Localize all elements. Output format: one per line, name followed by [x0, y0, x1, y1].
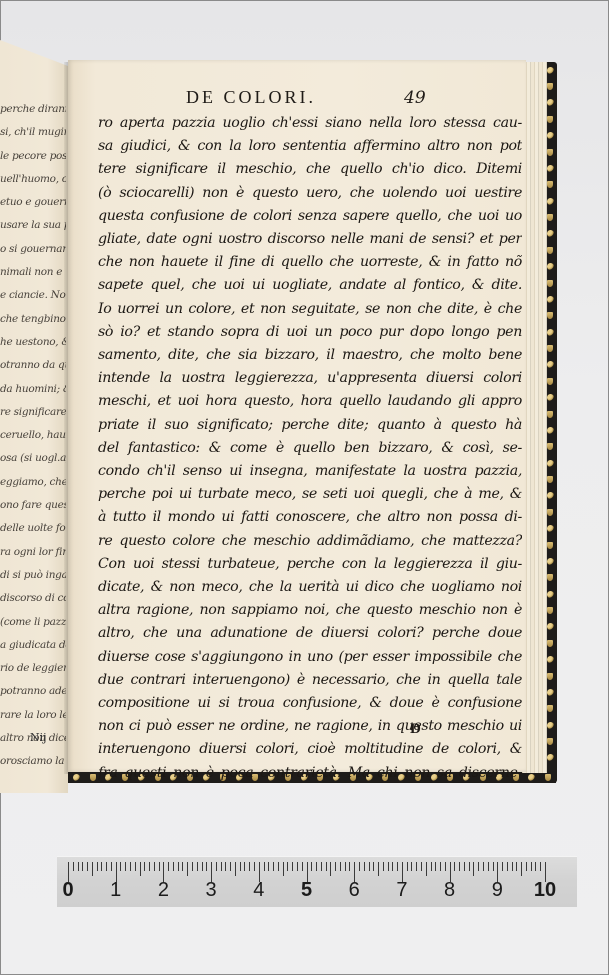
- left-text-line: etuo e gouerna: [0, 191, 66, 214]
- ruler-tick: [230, 862, 231, 871]
- fleuron-ornament-icon: [90, 774, 96, 781]
- ruler-tick: [225, 862, 226, 871]
- trefoil-ornament-icon: [547, 591, 554, 598]
- ruler-tick: [369, 862, 370, 871]
- ruler-tick: [431, 862, 432, 871]
- ruler-tick: [111, 862, 112, 871]
- text-line: altro, che una adunatione de diuersi col…: [98, 622, 522, 645]
- ruler-label: 5: [301, 879, 312, 902]
- ruler-label: 4: [253, 879, 264, 902]
- ruler-tick: [92, 862, 93, 876]
- text-line: non ci può esser ne ordine, ne ragione, …: [98, 715, 522, 738]
- trefoil-ornament-icon: [547, 460, 554, 467]
- fleuron-ornament-icon: [547, 83, 553, 90]
- ruler-tick: [159, 862, 160, 871]
- text-line: meschi, et uoi hora questo, hora quello …: [98, 390, 522, 413]
- ruler-tick: [182, 862, 183, 871]
- ruler-tick: [311, 862, 312, 871]
- ruler-tick: [440, 862, 441, 871]
- trefoil-ornament-icon: [547, 427, 554, 434]
- ruler-label: 9: [492, 879, 503, 902]
- left-text-line: he uestono, &: [0, 331, 66, 354]
- left-text-line: le pecore possa: [0, 145, 66, 168]
- ruler-tick: [445, 862, 446, 871]
- left-text-line: eggiamo, che li: [0, 471, 66, 494]
- text-line: priate il suo significato; perche dite; …: [98, 414, 522, 437]
- ruler-tick: [383, 862, 384, 871]
- fleuron-ornament-icon: [547, 280, 553, 287]
- text-line: Con uoi stessi turbateue, perche con la …: [98, 553, 522, 576]
- ruler-label: 0: [62, 879, 73, 902]
- left-text-line: che tengbino be: [0, 308, 66, 331]
- ruler-tick: [464, 862, 465, 871]
- ruler-label: 6: [349, 879, 360, 902]
- ruler-tick: [316, 862, 317, 871]
- ruler-tick: [168, 862, 169, 871]
- ruler-tick: [206, 862, 207, 871]
- text-line: due contrari interuengono) è necessario,…: [98, 669, 522, 692]
- left-page-signature: Nij: [30, 731, 47, 744]
- ruler-tick: [149, 862, 150, 871]
- trefoil-ornament-icon: [547, 754, 554, 761]
- fleuron-ornament-icon: [547, 607, 553, 614]
- ruler-tick: [416, 862, 417, 871]
- left-text-line: potranno adesso: [0, 680, 66, 703]
- fleuron-ornament-icon: [547, 574, 553, 581]
- left-text-line: si, ch'il mugire: [0, 121, 66, 144]
- ruler-tick: [244, 862, 245, 871]
- ruler-tick: [297, 862, 298, 871]
- ruler-tick: [216, 862, 217, 871]
- fleuron-ornament-icon: [547, 542, 553, 549]
- left-text-line: a giudicata dex: [0, 634, 66, 657]
- ruler-tick: [125, 862, 126, 871]
- left-text-line: uell'huomo, ch'e: [0, 168, 66, 191]
- scale-ruler: 012345678910: [57, 856, 577, 907]
- ruler-tick: [326, 862, 327, 871]
- text-line: sa giudici, & con la loro sententia affe…: [98, 135, 522, 158]
- ruler-tick: [273, 862, 274, 871]
- left-text-line: rio de leggieri: [0, 657, 66, 680]
- ruler-tick: [140, 862, 141, 876]
- trefoil-ornament-icon: [547, 689, 554, 696]
- trefoil-ornament-icon: [547, 722, 554, 729]
- ruler-tick: [531, 862, 532, 871]
- trefoil-ornament-icon: [547, 623, 554, 630]
- left-page: perche dirannsi, ch'il mugirele pecore p…: [0, 38, 68, 793]
- ruler-tick: [335, 862, 336, 871]
- fleuron-ornament-icon: [547, 181, 553, 188]
- fleuron-ornament-icon: [547, 443, 553, 450]
- ruler-tick: [178, 862, 179, 871]
- ruler-tick: [407, 862, 408, 871]
- ruler-tick: [540, 862, 541, 871]
- text-line: condo ch'il senso ui insegna, manifestat…: [98, 460, 522, 483]
- text-line: interuengono diuersi colori, cioè moltit…: [98, 738, 522, 761]
- left-text-line: usare la sua per: [0, 214, 66, 237]
- trefoil-ornament-icon: [547, 99, 554, 106]
- fleuron-ornament-icon: [547, 640, 553, 647]
- ruler-tick: [397, 862, 398, 871]
- text-line: à tutto il mondo ui fatti conoscere, che…: [98, 506, 522, 529]
- ruler-label: 10: [534, 879, 556, 902]
- ruler-label: 7: [396, 879, 407, 902]
- trefoil-ornament-icon: [528, 774, 535, 781]
- text-line: che non hauete il fine di quello che uor…: [98, 251, 522, 274]
- text-line: ro aperta pazzia uoglio ch'essi siano ne…: [98, 112, 522, 135]
- trefoil-ornament-icon: [547, 492, 554, 499]
- ruler-tick: [516, 862, 517, 871]
- ruler-tick: [221, 862, 222, 871]
- trefoil-ornament-icon: [547, 329, 554, 336]
- ruler-tick: [287, 862, 288, 871]
- fleuron-ornament-icon: [547, 312, 553, 319]
- text-line: gliate, date ogni uostro discorso nelle …: [98, 228, 522, 251]
- text-line: perche poi ui turbate meco, se seti uoi …: [98, 483, 522, 506]
- text-line: sò io? et stando sopra di uoi un poco pu…: [98, 321, 522, 344]
- trefoil-ornament-icon: [547, 394, 554, 401]
- fleuron-ornament-icon: [547, 411, 553, 418]
- ruler-tick: [106, 862, 107, 871]
- left-text-line: otranno da quel: [0, 354, 66, 377]
- trefoil-ornament-icon: [547, 296, 554, 303]
- fleuron-ornament-icon: [547, 509, 553, 516]
- left-text-line: ceruello, haure: [0, 424, 66, 447]
- fleuron-ornament-icon: [545, 774, 551, 781]
- ruler-tick: [521, 862, 522, 876]
- trefoil-ornament-icon: [547, 198, 554, 205]
- ruler-tick: [254, 862, 255, 871]
- ruler-tick: [302, 862, 303, 871]
- ruler-tick: [469, 862, 470, 871]
- ruler-tick: [426, 862, 427, 876]
- signature-mark: D: [410, 721, 421, 738]
- ruler-tick: [87, 862, 88, 871]
- fleuron-ornament-icon: [547, 673, 553, 680]
- ruler-tick: [330, 862, 331, 876]
- text-line: questa confusione de colori senza sapere…: [98, 205, 522, 228]
- ruler-tick: [459, 862, 460, 871]
- fleuron-ornament-icon: [547, 476, 553, 483]
- ruler-tick: [154, 862, 155, 871]
- text-line: altra ragione, non sappiamo noi, che que…: [98, 599, 522, 622]
- text-line: fra questi non è poca contrarietà. Ma ch…: [98, 762, 522, 785]
- ruler-tick: [411, 862, 412, 871]
- text-line: (ò sciocarelli) non è questo uero, che u…: [98, 182, 522, 205]
- trefoil-ornament-icon: [547, 230, 554, 237]
- ruler-tick: [120, 862, 121, 871]
- left-text-line: ra ogni lor fine,: [0, 541, 66, 564]
- trefoil-ornament-icon: [547, 67, 554, 74]
- left-text-line: da huomini; &: [0, 378, 66, 401]
- ruler-tick: [278, 862, 279, 871]
- fleuron-ornament-icon: [547, 214, 553, 221]
- left-text-line: di si può ingan: [0, 564, 66, 587]
- trefoil-ornament-icon: [547, 361, 554, 368]
- ruler-tick: [135, 862, 136, 871]
- ruler-label: 3: [206, 879, 217, 902]
- ruler-tick: [264, 862, 265, 871]
- ruler-tick: [454, 862, 455, 871]
- fleuron-ornament-icon: [547, 247, 553, 254]
- left-text-line: (come li pazzi: [0, 611, 66, 634]
- text-line: samento, dite, che sia bizzaro, il maest…: [98, 344, 522, 367]
- ruler-tick: [378, 862, 379, 876]
- left-text-line: perche dirann: [0, 98, 66, 121]
- ruler-label: 2: [158, 879, 169, 902]
- text-line: del fantastico: & come è quello ben bizz…: [98, 437, 522, 460]
- ruler-tick: [526, 862, 527, 871]
- ruler-tick: [268, 862, 269, 871]
- ruler-tick: [507, 862, 508, 871]
- trefoil-ornament-icon: [547, 263, 554, 270]
- ruler-tick: [197, 862, 198, 871]
- left-text-line: delle uolte fon: [0, 517, 66, 540]
- text-line: dicate, & non meco, che la uerità ui dic…: [98, 576, 522, 599]
- running-head: DE COLORI.: [186, 87, 316, 108]
- text-line: re questo colore che meschio addimãdiamo…: [98, 530, 522, 553]
- trefoil-ornament-icon: [547, 132, 554, 139]
- ruler-tick: [388, 862, 389, 871]
- left-text-line: o si gouernano,: [0, 238, 66, 261]
- ruler-tick: [512, 862, 513, 871]
- ruler-label: 8: [444, 879, 455, 902]
- ruler-tick: [435, 862, 436, 871]
- left-text-line: osa (si uogl.a) si: [0, 447, 66, 470]
- ruler-tick: [364, 862, 365, 871]
- ruler-tick: [359, 862, 360, 871]
- ruler-tick: [97, 862, 98, 871]
- ruler-tick: [73, 862, 74, 871]
- fleuron-ornament-icon: [547, 345, 553, 352]
- ruler-tick: [502, 862, 503, 871]
- ruler-tick: [101, 862, 102, 871]
- ruler-tick: [187, 862, 188, 876]
- body-text: ro aperta pazzia uoglio ch'essi siano ne…: [98, 112, 522, 785]
- trefoil-ornament-icon: [547, 165, 554, 172]
- ruler-tick: [173, 862, 174, 871]
- ruler-tick: [340, 862, 341, 871]
- ruler-tick: [488, 862, 489, 871]
- ruler-tick: [493, 862, 494, 871]
- left-text-line: rare la loro legi: [0, 704, 66, 727]
- ruler-tick: [82, 862, 83, 871]
- trefoil-ornament-icon: [547, 656, 554, 663]
- fleuron-ornament-icon: [547, 378, 553, 385]
- text-line: tere significare il meschio, che quello …: [98, 158, 522, 181]
- left-text-line: discorso di con: [0, 587, 66, 610]
- text-line: sapete quel, che uoi ui uogliate, andate…: [98, 274, 522, 297]
- ruler-tick: [321, 862, 322, 871]
- trefoil-ornament-icon: [73, 774, 80, 781]
- left-text-line: nimali non e un: [0, 261, 66, 284]
- ruler-tick: [240, 862, 241, 871]
- left-text-line: orosciamo la lor: [0, 750, 66, 773]
- ruler-label: 1: [110, 879, 121, 902]
- text-line: intende la uostra leggierezza, u'apprese…: [98, 367, 522, 390]
- ruler-tick: [192, 862, 193, 871]
- ruler-tick: [292, 862, 293, 871]
- ruler-tick: [144, 862, 145, 871]
- text-line: compositione ui si troua confusione, & d…: [98, 692, 522, 715]
- ruler-tick: [349, 862, 350, 871]
- ruler-tick: [373, 862, 374, 871]
- ruler-tick: [249, 862, 250, 871]
- ruler-tick: [535, 862, 536, 871]
- page-number: 49: [404, 88, 426, 108]
- ruler-tick: [473, 862, 474, 876]
- left-text-line: e ciancie. Non: [0, 284, 66, 307]
- fleuron-ornament-icon: [547, 738, 553, 745]
- fleuron-ornament-icon: [547, 116, 553, 123]
- ruler-tick: [421, 862, 422, 871]
- ruler-tick: [483, 862, 484, 871]
- text-line: diuerse cose s'aggiungono in uno (per es…: [98, 646, 522, 669]
- ruler-tick: [283, 862, 284, 876]
- left-text-line: ono fare quest: [0, 494, 66, 517]
- fleuron-ornament-icon: [547, 705, 553, 712]
- right-page: DE COLORI. 49 ro aperta pazzia uoglio ch…: [68, 60, 526, 772]
- left-page-text: perche dirannsi, ch'il mugirele pecore p…: [0, 98, 66, 774]
- fleuron-ornament-icon: [547, 149, 553, 156]
- trefoil-ornament-icon: [547, 558, 554, 565]
- ruler-tick: [78, 862, 79, 871]
- ruler-labels: 012345678910: [57, 879, 577, 905]
- ruler-tick: [345, 862, 346, 871]
- left-text-line: re significare il: [0, 401, 66, 424]
- ruler-tick: [392, 862, 393, 871]
- ruler-tick: [235, 862, 236, 876]
- ruler-tick: [478, 862, 479, 871]
- text-line: Io uorrei un colore, et non seguitate, s…: [98, 298, 522, 321]
- ruler-tick: [202, 862, 203, 871]
- ruler-tick: [130, 862, 131, 871]
- trefoil-ornament-icon: [547, 525, 554, 532]
